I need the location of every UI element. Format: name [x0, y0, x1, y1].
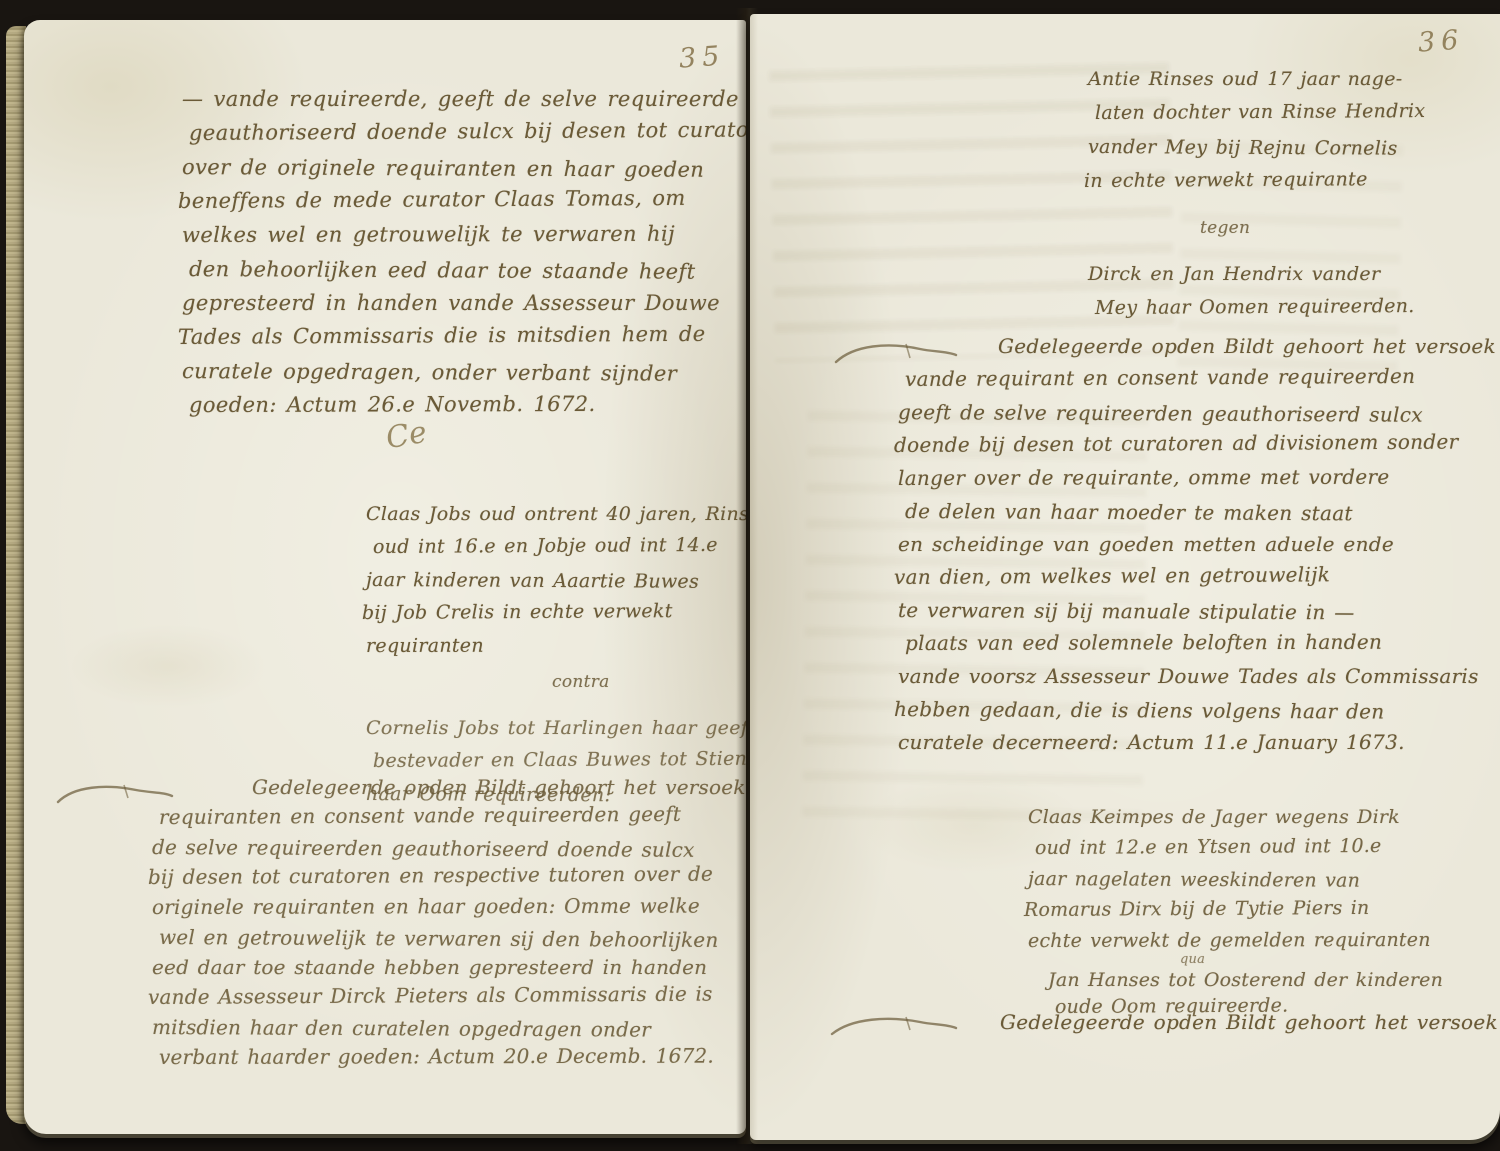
manuscript-line: goeden: Actum 26.e Novemb. 1672.: [189, 387, 746, 422]
manuscript-line: bij Job Crelis in echte verwekt: [362, 595, 746, 630]
manuscript-line: en scheidinge van goeden metten aduele e…: [898, 528, 1500, 561]
manuscript-line: beneffens de mede curator Claas Tomas, o…: [178, 181, 746, 218]
manuscript-line: oud int 16.e en Jobje oud int 14.e: [373, 529, 746, 564]
plaintiff-lines: Claas Jobs oud ontrent 40 jaren, Rinsoud…: [366, 498, 746, 663]
manuscript-line: verbant haarder goeden: Actum 20.e Decem…: [159, 1040, 746, 1072]
manuscript-line: Cornelis Jobs tot Harlingen haar geef-: [366, 712, 746, 745]
versus-label: tegen: [1200, 211, 1493, 245]
manuscript-line: bij desen tot curatoren en respective tu…: [148, 858, 746, 892]
manuscript-line: laten dochter van Rinse Hendrix: [1095, 94, 1493, 130]
manuscript-line: plaats van eed solemnele beloften in han…: [905, 625, 1500, 660]
manuscript-line: Claas Keimpes de Jager wegens Dirk: [1028, 802, 1500, 833]
manuscript-line: requiranten en consent vande requireerde…: [159, 798, 746, 832]
manuscript-line: wel en getrouwelijk te verwaren sij den …: [159, 922, 746, 955]
left-paragraph-1: — vande requireerde, geeft de selve requ…: [182, 82, 746, 422]
manuscript-line: — vande requireerde, geeft de selve requ…: [182, 82, 746, 116]
book-photo: 35 — vande requireerde, geeft de selve r…: [0, 0, 1500, 1151]
plaintiff-lines: Antie Rinses oud 17 jaar nage-laten doch…: [1088, 62, 1493, 198]
right-party-block-2: Claas Keimpes de Jager wegens Dirkoud in…: [1028, 802, 1500, 1021]
right-paragraph-1: Gedelegeerde opden Bildt gehoort het ver…: [898, 330, 1500, 759]
manuscript-line: de delen van haar moeder te maken staat: [905, 495, 1500, 531]
manuscript-line: welkes wel en getrouwelijk te verwaren h…: [182, 217, 746, 252]
manuscript-line: Jan Hanses tot Oosterend der kinderen: [1048, 967, 1500, 994]
manuscript-line: Antie Rinses oud 17 jaar nage-: [1088, 62, 1493, 96]
right-party-block: Antie Rinses oud 17 jaar nage-laten doch…: [1088, 62, 1493, 325]
manuscript-line: geauthoriseerd doende sulcx bij desen to…: [189, 113, 746, 150]
manuscript-line: eed daar toe staande hebben gepresteerd …: [152, 952, 746, 982]
page-edge-stack: [6, 26, 26, 1124]
versus-label: contra: [552, 666, 746, 699]
manuscript-line: originele requiranten en haar goeden: Om…: [152, 890, 746, 922]
manuscript-line: vande voorsz Assesseur Douwe Tades als C…: [898, 660, 1500, 693]
manuscript-line: curatele decerneerd: Actum 11.e January …: [898, 726, 1500, 759]
book-gutter-fold: [736, 8, 758, 1144]
manuscript-line: vande requirant en consent vande require…: [905, 359, 1500, 396]
left-party-block: Claas Jobs oud ontrent 40 jaren, Rinsoud…: [366, 498, 746, 811]
manuscript-line: den behoorlijken eed daar toe staande he…: [189, 252, 746, 289]
manuscript-line: jaar kinderen van Aaartie Buwes: [366, 564, 746, 599]
manuscript-page-right: 36 Antie Rinses oud 17 jaar nage-laten d…: [750, 14, 1500, 1140]
manuscript-line: gepresteerd in handen vande Assesseur Do…: [182, 286, 746, 320]
right-closing-line: Gedelegeerde opden Bildt gehoort het ver…: [898, 1006, 1498, 1038]
defendant-lines: Dirck en Jan Hendrix vanderMey haar Oome…: [1088, 257, 1493, 325]
manuscript-line: Romarus Dirx bij de Tytie Piers in: [1024, 892, 1500, 926]
manuscript-line: Gedelegeerde opden Bildt gehoort het ver…: [898, 330, 1500, 363]
manuscript-line: doende bij desen tot curatoren ad divisi…: [894, 425, 1500, 462]
manuscript-line: van dien, om welkes wel en getrouwelijk: [894, 557, 1500, 594]
manuscript-page-left: 35 — vande requireerde, geeft de selve r…: [24, 20, 746, 1134]
manuscript-line: Mey haar Oomen requireerden.: [1095, 289, 1493, 325]
manuscript-line: Tades als Commissaris die is mitsdien he…: [178, 317, 746, 354]
page-number-left: 35: [678, 40, 726, 74]
manuscript-line: vander Mey bij Rejnu Cornelis: [1088, 130, 1493, 166]
manuscript-line: oud int 12.e en Ytsen oud int 10.e: [1035, 830, 1500, 864]
manuscript-line: curatele opgedragen, onder verbant sijnd…: [182, 354, 746, 391]
section-divider-mark: Ce: [383, 415, 429, 457]
left-paragraph-2: Gedelegeerde opden Bildt gehoort het ver…: [152, 772, 746, 1072]
manuscript-line: Gedelegeerde opden Bildt gehoort het ver…: [152, 772, 746, 802]
manuscript-line: requiranten: [366, 629, 746, 663]
page-number-right: 36: [1417, 24, 1465, 58]
manuscript-line: vande Assesseur Dirck Pieters als Commis…: [148, 978, 746, 1012]
manuscript-line: Dirck en Jan Hendrix vander: [1088, 257, 1493, 291]
manuscript-line: in echte verwekt requirante: [1084, 162, 1493, 198]
manuscript-line: Claas Jobs oud ontrent 40 jaren, Rins: [366, 498, 746, 531]
qua-notation: qua: [1180, 953, 1500, 967]
manuscript-line: langer over de requirante, omme met vord…: [898, 460, 1500, 495]
manuscript-line: Gedelegeerde opden Bildt gehoort het ver…: [898, 1006, 1498, 1038]
manuscript-line: hebben gedaan, die is diens volgens haar…: [894, 693, 1500, 729]
plaintiff-lines: Claas Keimpes de Jager wegens Dirkoud in…: [1028, 802, 1500, 957]
